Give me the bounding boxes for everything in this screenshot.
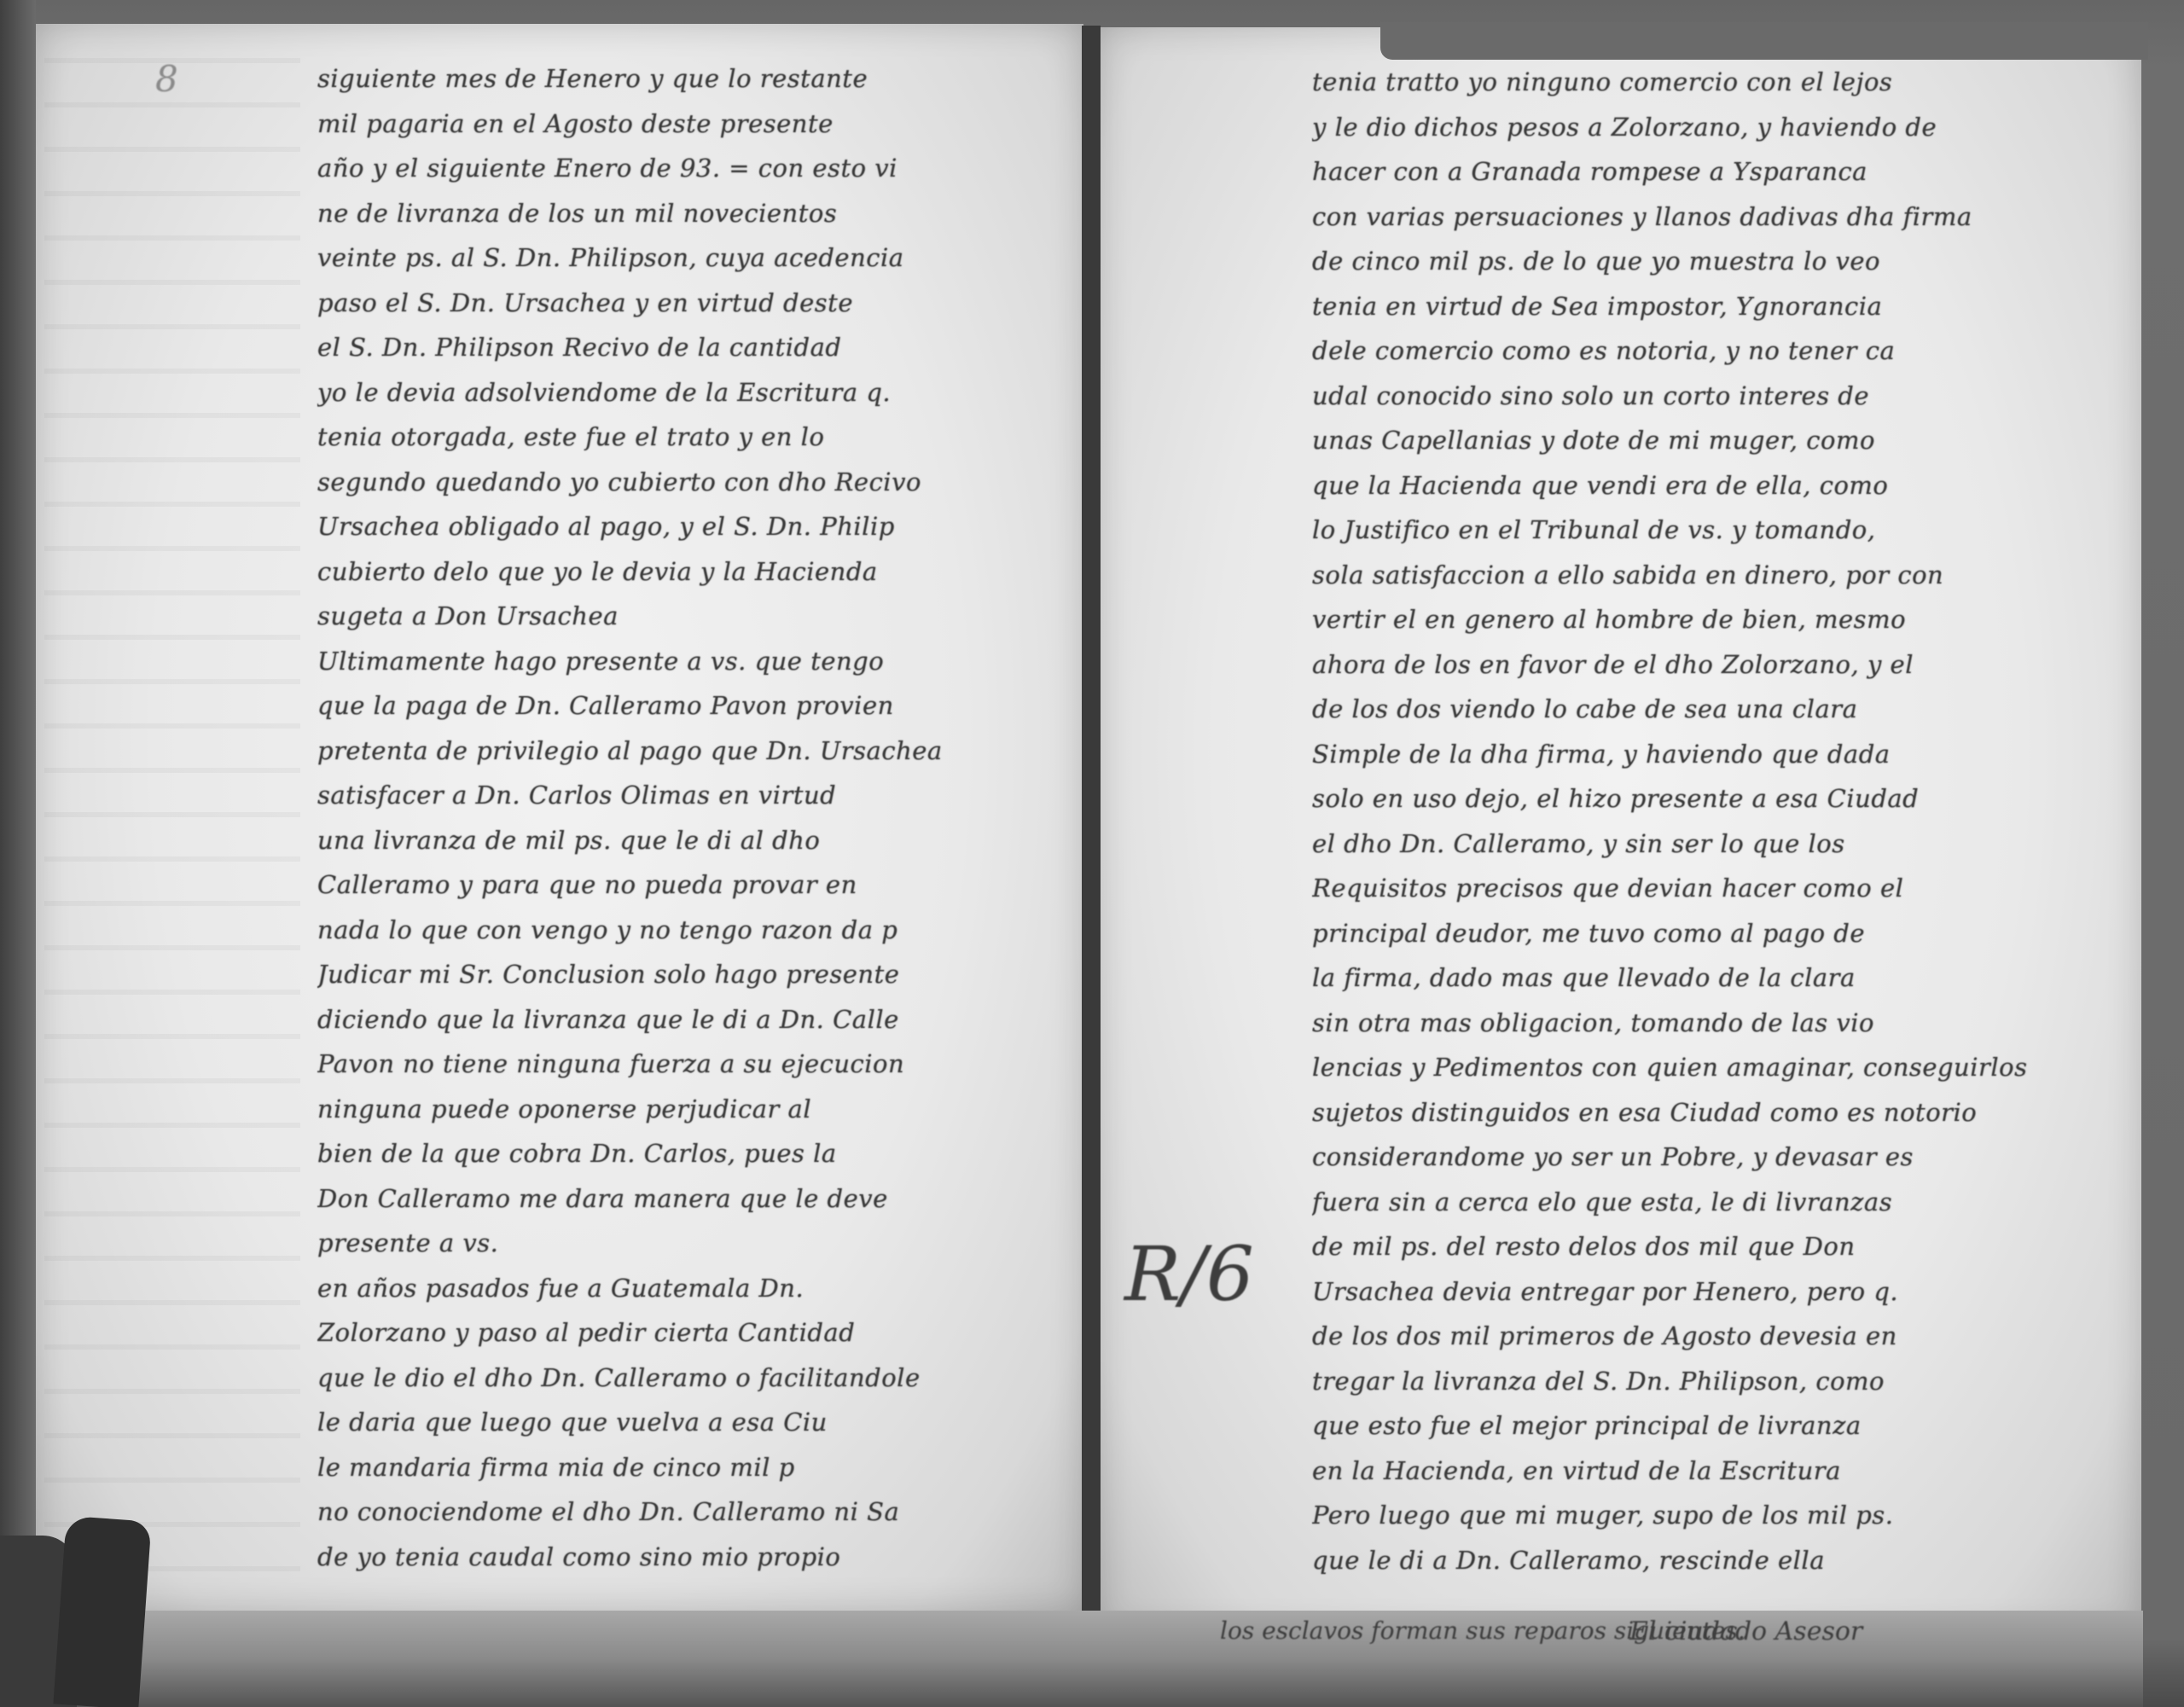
manuscript-line: Judicar mi Sr. Conclusion solo hago pres… — [317, 952, 1077, 997]
manuscript-line: segundo quedando yo cubierto con dho Rec… — [317, 460, 1077, 505]
manuscript-line: satisfacer a Dn. Carlos Olimas en virtud — [317, 773, 1077, 818]
manuscript-line: tenia tratto yo ninguno comercio con el … — [1312, 60, 2123, 105]
manuscript-line: fuera sin a cerca elo que esta, le di li… — [1312, 1180, 2123, 1225]
manuscript-line: lo Justifico en el Tribunal de vs. y tom… — [1312, 508, 2123, 553]
manuscript-line: de cinco mil ps. de lo que yo muestra lo… — [1312, 239, 2123, 284]
manuscript-line: Calleramo y para que no pueda provar en — [317, 862, 1077, 908]
manuscript-line: no conociendome el dho Dn. Calleramo ni … — [317, 1489, 1077, 1535]
left-page: 8 siguiente mes de Henero y que lo resta… — [36, 24, 1083, 1611]
scanner-edge — [0, 0, 36, 1707]
manuscript-line: Zolorzano y paso al pedir cierta Cantida… — [317, 1310, 1077, 1356]
manuscript-line: lencias y Pedimentos con quien amaginar,… — [1312, 1045, 2123, 1090]
manuscript-line: sin otra mas obligacion, tomando de las … — [1312, 1001, 2123, 1046]
folio-number: 8 — [155, 58, 178, 100]
manuscript-line: de los dos viendo lo cabe de sea una cla… — [1312, 687, 2123, 732]
manuscript-line: solo en uso dejo, el hizo presente a esa… — [1312, 776, 2123, 822]
manuscript-line: con varias persuaciones y llanos dadivas… — [1312, 195, 2123, 240]
manuscript-line: que la paga de Dn. Calleramo Pavon provi… — [317, 683, 1077, 729]
manuscript-line: bien de la que cobra Dn. Carlos, pues la — [317, 1131, 1077, 1176]
manuscript-line: una livranza de mil ps. que le di al dho — [317, 818, 1077, 863]
manuscript-line: Simple de la dha firma, y haviendo que d… — [1312, 732, 2123, 777]
manuscript-line: Pero luego que mi muger, supo de los mil… — [1312, 1493, 2123, 1538]
manuscript-line: siguiente mes de Henero y que lo restant… — [317, 56, 1077, 102]
manuscript-line: paso el S. Dn. Ursachea y en virtud dest… — [317, 281, 1077, 326]
manuscript-line: ne de livranza de los un mil novecientos — [317, 191, 1077, 236]
manuscript-line: veinte ps. al S. Dn. Philipson, cuya ace… — [317, 235, 1077, 281]
manuscript-line: en años pasados fue a Guatemala Dn. — [317, 1266, 1077, 1311]
manuscript-line: Don Calleramo me dara manera que le deve — [317, 1176, 1077, 1222]
manuscript-line: considerandome yo ser un Pobre, y devasa… — [1312, 1135, 2123, 1180]
manuscript-line: de los dos mil primeros de Agosto devesi… — [1312, 1314, 2123, 1359]
manuscript-line: Requisitos precisos que devian hacer com… — [1312, 866, 2123, 911]
manuscript-line: que la Hacienda que vendi era de ella, c… — [1312, 463, 2123, 508]
manuscript-line: Ursachea obligado al pago, y el S. Dn. P… — [317, 504, 1077, 549]
manuscript-line: vertir el en genero al hombre de bien, m… — [1312, 597, 2123, 642]
manuscript-line: tregar la livranza del S. Dn. Philipson,… — [1312, 1359, 2123, 1404]
manuscript-line: hacer con a Granada rompese a Ysparanca — [1312, 149, 2123, 195]
manuscript-line: el S. Dn. Philipson Recivo de la cantida… — [317, 325, 1077, 370]
catchword: El ciudado Asesor — [1629, 1617, 1862, 1646]
manuscript-line: de yo tenia caudal como sino mio propio — [317, 1535, 1077, 1580]
manuscript-line: mil pagaria en el Agosto deste presente — [317, 102, 1077, 147]
manuscript-line: presente a vs. — [317, 1221, 1077, 1266]
marginal-rubric-signature: R/6 — [1124, 1230, 1254, 1318]
right-page: R/6 tenia tratto yo ninguno comercio con… — [1099, 27, 2141, 1631]
manuscript-line: Pavon no tiene ninguna fuerza a su ejecu… — [317, 1042, 1077, 1087]
manuscript-line: que le dio el dho Dn. Calleramo o facili… — [317, 1356, 1077, 1401]
manuscript-line: Ursachea devia entregar por Henero, pero… — [1312, 1269, 2123, 1315]
manuscript-line: sujetos distinguidos en esa Ciudad como … — [1312, 1090, 2123, 1135]
manuscript-line: sola satisfaccion a ello sabida en diner… — [1312, 553, 2123, 598]
manuscript-line: diciendo que la livranza que le di a Dn.… — [317, 997, 1077, 1042]
manuscript-line: Ultimamente hago presente a vs. que teng… — [317, 639, 1077, 684]
book-binding-gutter — [1082, 26, 1101, 1672]
manuscript-line: de mil ps. del resto delos dos mil que D… — [1312, 1224, 2123, 1269]
manuscript-line: udal conocido sino solo un corto interes… — [1312, 374, 2123, 419]
manuscript-line: dele comercio como es notoria, y no tene… — [1312, 328, 2123, 374]
manuscript-line: y le dio dichos pesos a Zolorzano, y hav… — [1312, 105, 2123, 150]
manuscript-line: que esto fue el mejor principal de livra… — [1312, 1403, 2123, 1449]
manuscript-line: tenia en virtud de Sea impostor, Ygnoran… — [1312, 284, 2123, 329]
manuscript-line: ninguna puede oponerse perjudicar al — [317, 1087, 1077, 1132]
manuscript-line: principal deudor, me tuvo como al pago d… — [1312, 911, 2123, 956]
manuscript-line: que le di a Dn. Calleramo, rescinde ella — [1312, 1538, 2123, 1583]
manuscript-line: la firma, dado mas que llevado de la cla… — [1312, 955, 2123, 1001]
manuscript-line: pretenta de privilegio al pago que Dn. U… — [317, 729, 1077, 774]
manuscript-line: tenia otorgada, este fue el trato y en l… — [317, 415, 1077, 460]
manuscript-line: yo le devia adsolviendome de la Escritur… — [317, 370, 1077, 415]
right-page-text: tenia tratto yo ninguno comercio con el … — [1312, 60, 2123, 1582]
manuscript-line: cubierto delo que yo le devia y la Hacie… — [317, 549, 1077, 595]
manuscript-line: sugeta a Don Ursachea — [317, 594, 1077, 639]
manuscript-line: ahora de los en favor de el dho Zolorzan… — [1312, 642, 2123, 688]
thumb-holding-page — [53, 1516, 151, 1707]
manuscript-line: nada lo que con vengo y no tengo razon d… — [317, 908, 1077, 953]
manuscript-line: unas Capellanias y dote de mi muger, com… — [1312, 418, 2123, 463]
ink-bleed-through — [44, 24, 300, 1611]
page-torn-edge — [1380, 22, 2148, 60]
left-page-text: siguiente mes de Henero y que lo restant… — [317, 56, 1077, 1579]
manuscript-line: en la Hacienda, en virtud de la Escritur… — [1312, 1449, 2123, 1494]
manuscript-line: año y el siguiente Enero de 93. = con es… — [317, 146, 1077, 191]
manuscript-line: le mandaria firma mia de cinco mil p — [317, 1445, 1077, 1490]
manuscript-line: le daria que luego que vuelva a esa Ciu — [317, 1400, 1077, 1445]
manuscript-line: el dho Dn. Calleramo, y sin ser lo que l… — [1312, 822, 2123, 867]
